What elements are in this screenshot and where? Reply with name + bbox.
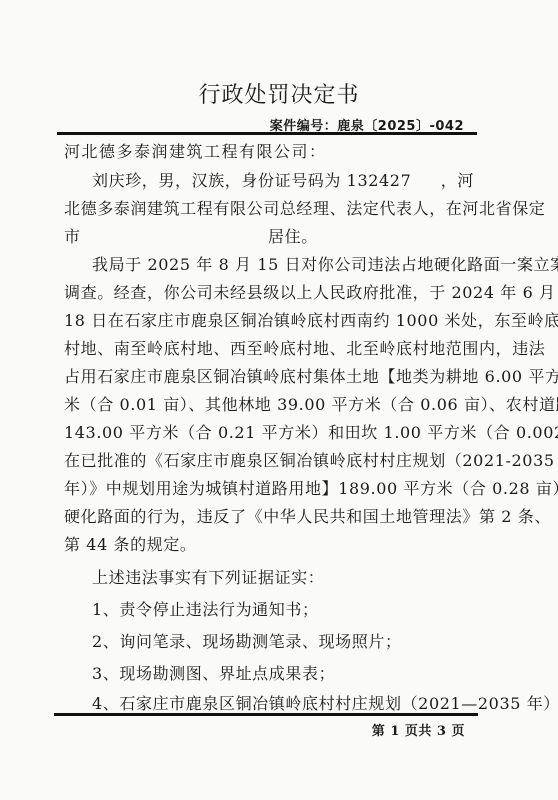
body-line: 年）》中规划用途为城镇村道路用地】189.00 平方米（合 0.28 亩）	[64, 476, 474, 499]
footer-divider	[54, 713, 478, 716]
line-text: 刘庆珍，男，汉族，身份证号码为 132427	[92, 171, 411, 190]
page-number: 第 1 页共 3 页	[372, 720, 465, 739]
addressee: 河北德多泰润建筑工程有限公司：	[64, 139, 327, 162]
body-line: 刘庆珍，男，汉族，身份证号码为 132427 ，河	[92, 168, 474, 191]
evidence-item: 4、石家庄市鹿泉区铜冶镇岭底村村庄规划（2021—2035 年）	[92, 691, 474, 714]
evidence-heading: 上述违法事实有下列证据证实：	[92, 565, 474, 588]
evidence-item: 2、询问笔录、现场勘测笔录、现场照片；	[92, 629, 474, 652]
line-tail: 居住。	[268, 224, 318, 247]
body-line: 在已批准的《石家庄市鹿泉区铜冶镇岭底村村庄规划（2021-2035	[64, 448, 474, 471]
body-line: 占用石家庄市鹿泉区铜冶镇岭底村集体土地【地类为耕地 6.00 平方	[64, 364, 474, 387]
evidence-item: 1、责令停止违法行为通知书；	[92, 597, 474, 620]
body-line: 硬化路面的行为，违反了《中华人民共和国土地管理法》第 2 条、	[64, 504, 474, 527]
body-line: 调查。经查，你公司未经县级以上人民政府批准，于 2024 年 6 月	[64, 280, 474, 303]
line-text: 市	[64, 227, 81, 246]
body-line: 米（合 0.01 亩）、其他林地 39.00 平方米（合 0.06 亩）、农村道…	[64, 392, 474, 415]
document-title: 行政处罚决定书	[0, 78, 558, 109]
body-line: 143.00 平方米（合 0.21 平方米）和田坎 1.00 平方米（合 0.0…	[64, 420, 474, 443]
body-line: 第 44 条的规定。	[64, 532, 474, 555]
body-line: 村地、南至岭底村地、西至岭底村地、北至岭底村地范围内，违法	[64, 336, 474, 359]
header-divider	[57, 132, 477, 135]
evidence-item: 3、现场勘测图、界址点成果表；	[92, 661, 474, 684]
body-line: 市 居住。	[64, 224, 474, 247]
body-line: 18 日在石家庄市鹿泉区铜冶镇岭底村西南约 1000 米处，东至岭底	[64, 308, 474, 331]
body-line: 北德多泰润建筑工程有限公司总经理、法定代表人，在河北省保定	[64, 196, 474, 219]
document-page: 行政处罚决定书 案件编号：鹿泉〔2025〕-042 河北德多泰润建筑工程有限公司…	[0, 0, 558, 800]
body-line: 我局于 2025 年 8 月 15 日对你公司违法占地硬化路面一案立案	[92, 252, 474, 275]
line-tail: ，河	[441, 168, 474, 191]
